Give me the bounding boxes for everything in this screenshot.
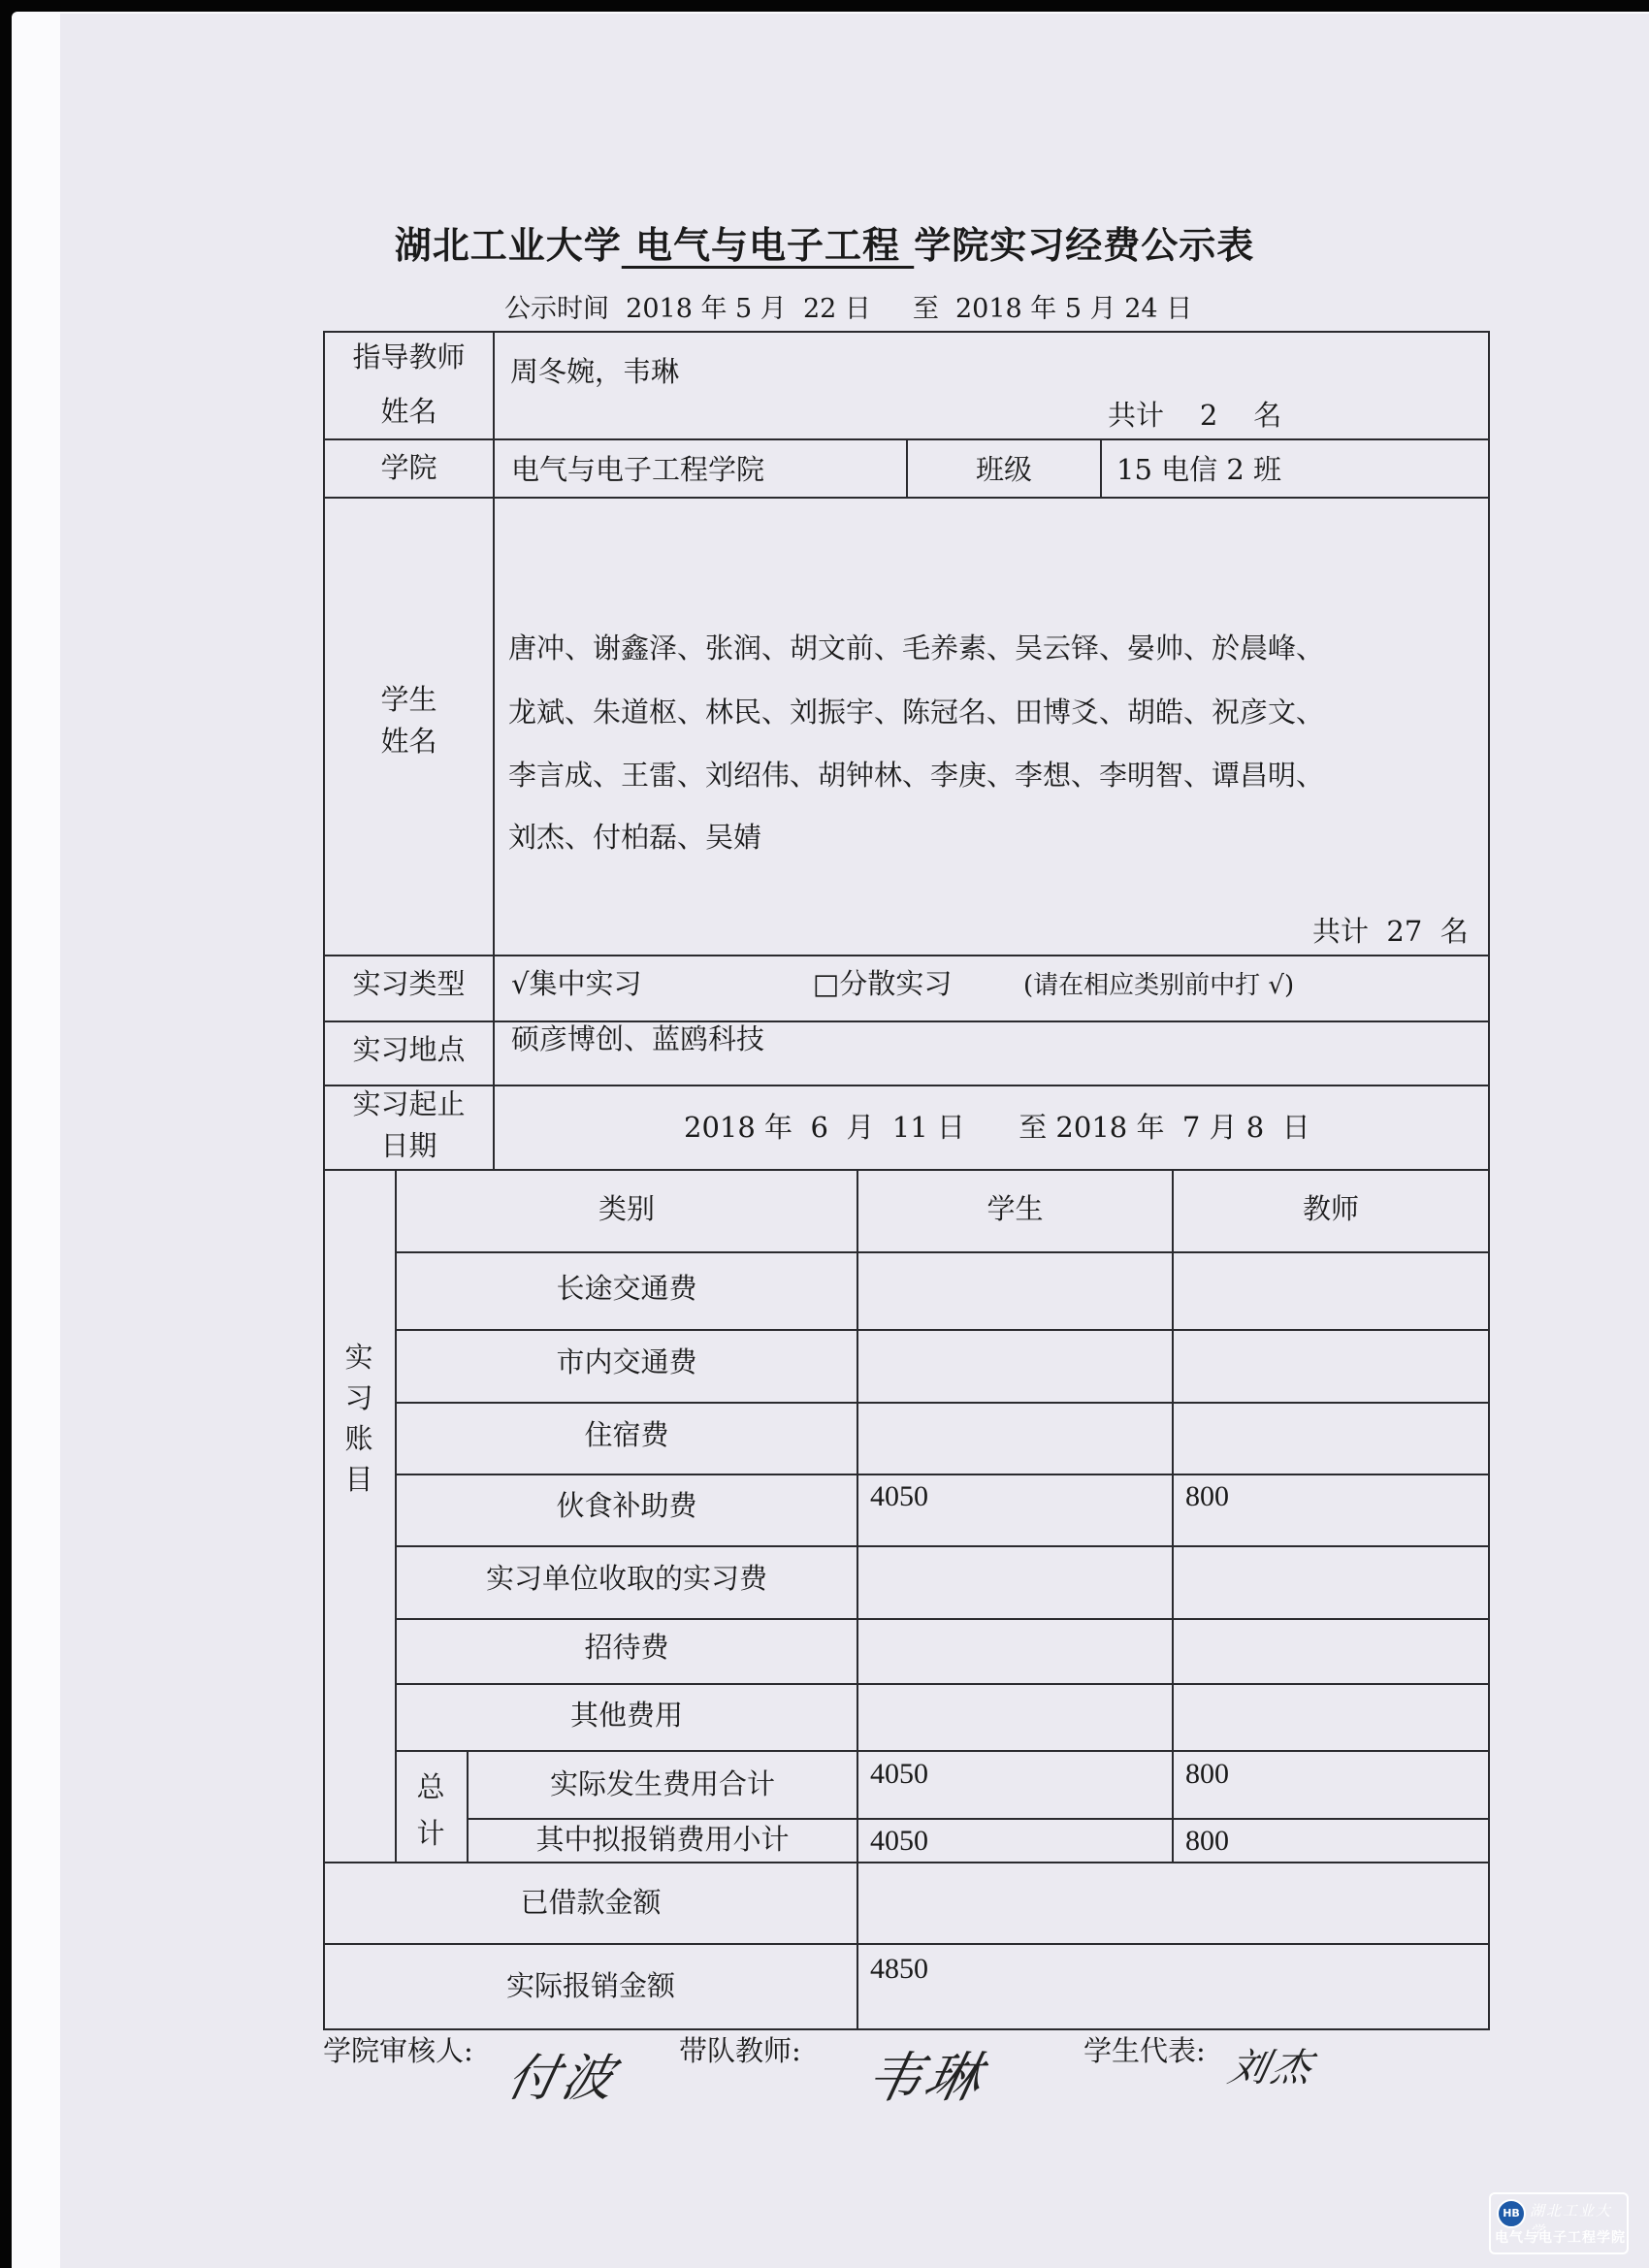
student-rep-label: 学生代表: (1083, 2035, 1206, 2067)
reviewer-label: 学院审核人: (323, 2035, 473, 2067)
expense-teacher-amount: 800 (1185, 1480, 1229, 1514)
teacher-label: 带队教师: (679, 2035, 801, 2067)
instructor-total: 共计 2 名 (1108, 400, 1281, 432)
expense-row-divider (395, 1474, 1490, 1475)
label-column-divider (493, 331, 495, 1169)
title-university: 湖北工业大学 (395, 224, 622, 267)
student-names-line: 刘杰、付柏磊、吴婧 (508, 822, 761, 854)
row-divider (323, 1021, 1490, 1022)
title-college: 电气与电子工程 (622, 224, 914, 267)
row-divider (323, 438, 1490, 440)
expense-category: 实习单位收取的实习费 (397, 1563, 857, 1595)
teacher-column-divider (1172, 1169, 1174, 1862)
dates-label-line2: 日期 (325, 1130, 493, 1162)
total-reimburse-student: 4050 (870, 1825, 928, 1859)
row-divider (323, 955, 1490, 956)
internship-type-dispersed-checkbox[interactable]: □分散实习 (813, 968, 952, 1000)
student-names-line: 唐冲、谢鑫泽、张润、胡文前、毛养素、吴云铎、晏帅、於晨峰、 (508, 632, 1324, 664)
publicity-period: 公示时间 2018 年 5 月 22 日 至 2018 年 5 月 24 日 (504, 287, 1192, 325)
expense-row-divider (395, 1545, 1490, 1547)
total-actual-student: 4050 (870, 1758, 928, 1792)
expense-row-divider (395, 1329, 1490, 1331)
university-logo-icon: HB (1497, 2199, 1526, 2228)
table-border-top (323, 331, 1490, 333)
table-border-right (1488, 331, 1490, 2030)
expense-category: 其他费用 (397, 1700, 857, 1732)
class-label: 班级 (908, 454, 1100, 486)
student-names-line: 龙斌、朱道枢、林民、刘振宇、陈冠名、田博爻、胡皓、祝彦文、 (508, 697, 1324, 729)
total-label-char: 计 (411, 1810, 450, 1857)
expense-category: 长途交通费 (397, 1273, 857, 1305)
students-label-line1: 学生 (325, 684, 493, 716)
expense-row-divider (395, 1750, 1490, 1752)
expense-section-label-char: 账 (339, 1418, 378, 1459)
actual-reimbursement-label: 实际报销金额 (325, 1970, 857, 2002)
expense-row-divider (395, 1618, 1490, 1620)
row-divider (323, 1169, 1490, 1171)
internship-type-centralized-checkbox[interactable]: √集中实习 (511, 968, 641, 1000)
expense-student-amount: 4050 (870, 1480, 928, 1514)
total-reimburse-label: 其中拟报销费用小计 (469, 1824, 857, 1856)
stamp-college: 电气与电子工程学院 (1495, 2227, 1626, 2247)
expense-category: 住宿费 (397, 1419, 857, 1451)
expense-row-divider (395, 1251, 1490, 1253)
student-names-line: 李言成、王雷、刘绍伟、胡钟林、李庚、李想、李明智、谭昌明、 (508, 760, 1324, 792)
teacher-signature: 韦琳 (859, 2035, 992, 2113)
total-label: 总 计 (411, 1764, 450, 1857)
internship-type-label: 实习类型 (325, 968, 493, 1000)
header-category: 类别 (397, 1193, 857, 1225)
instructor-label-line2: 姓名 (325, 396, 493, 428)
table-border-left (323, 331, 325, 2030)
expense-section-label: 实 习 账 目 (339, 1337, 378, 1500)
expense-row-divider (395, 1683, 1490, 1685)
total-subrow-divider (467, 1818, 1490, 1820)
document-title: 湖北工业大学 电气与电子工程 学院实习经费公示表 (0, 215, 1649, 269)
location-value: 硕彦博创、蓝鸥科技 (511, 1023, 764, 1055)
location-label: 实习地点 (325, 1034, 493, 1066)
student-rep-signature: 刘杰 (1224, 2037, 1321, 2092)
student-column-divider (857, 1169, 858, 2030)
expense-section-label-char: 习 (339, 1377, 378, 1418)
college-value: 电气与电子工程学院 (511, 454, 764, 486)
instructor-names: 周冬婉，韦琳 (510, 356, 679, 388)
students-label-line2: 姓名 (325, 726, 493, 758)
header-teacher: 教师 (1174, 1193, 1488, 1225)
total-actual-label: 实际发生费用合计 (469, 1768, 857, 1800)
borrowed-label: 已借款金额 (325, 1887, 857, 1919)
expense-category: 招待费 (397, 1632, 857, 1664)
title-suffix: 学院实习经费公示表 (914, 224, 1254, 267)
table-border-bottom (323, 2028, 1490, 2030)
row-divider (323, 497, 1490, 499)
total-label-char: 总 (411, 1764, 450, 1810)
expense-row-divider (395, 1402, 1490, 1404)
row-divider (323, 1862, 1490, 1863)
internship-type-instruction: (请在相应类别前中打 √) (1023, 972, 1294, 1001)
reviewer-signature: 付波 (501, 2037, 626, 2110)
expense-category: 市内交通费 (397, 1346, 857, 1378)
class-value: 15 电信 2 班 (1116, 454, 1281, 486)
row-divider (323, 1943, 1490, 1945)
expense-section-label-char: 实 (339, 1337, 378, 1377)
total-actual-teacher: 800 (1185, 1758, 1229, 1792)
college-label: 学院 (325, 452, 493, 484)
row-divider (323, 1085, 1490, 1086)
dates-label-line1: 实习起止 (325, 1088, 493, 1120)
expense-section-label-char: 目 (339, 1459, 378, 1500)
instructor-label-line1: 指导教师 (325, 341, 493, 373)
class-label-divider-right (1100, 438, 1102, 497)
header-student: 学生 (858, 1193, 1172, 1225)
students-total: 共计 27 名 (1312, 916, 1469, 948)
total-reimburse-teacher: 800 (1185, 1825, 1229, 1859)
expense-category: 伙食补助费 (397, 1490, 857, 1522)
actual-reimbursement-value: 4850 (870, 1953, 928, 1987)
college-watermark-stamp: HB 湖北工业大学 电气与电子工程学院 (1489, 2192, 1629, 2254)
dates-value: 2018 年 6 月 11 日 至 2018 年 7 月 8 日 (684, 1112, 1310, 1144)
